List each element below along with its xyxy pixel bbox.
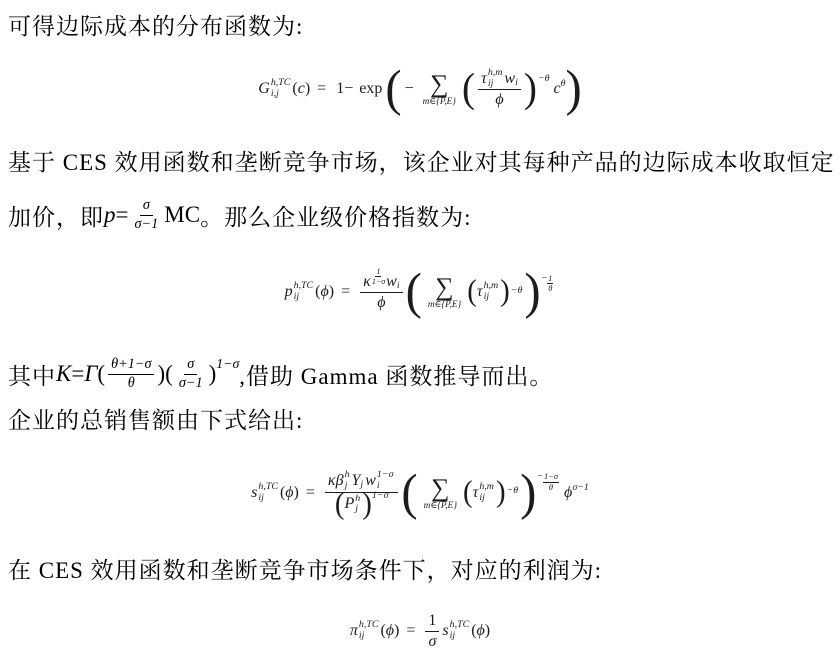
- math-var-K: K: [56, 361, 71, 387]
- math-var-w: w: [504, 69, 515, 89]
- math-exponent-one-minus-sigma: 1−σ: [372, 490, 389, 502]
- fraction-denominator: ( P h j ) 1−σ: [332, 493, 391, 516]
- paren-mid-icon: )(: [157, 361, 172, 387]
- math-sub: ij: [488, 79, 494, 90]
- paragraph-sales-intro: 企业的总销售额由下式给出:: [8, 402, 303, 435]
- math-var-s: s: [251, 484, 257, 502]
- math-sub: ij: [294, 292, 300, 303]
- paren-close-icon: ): [496, 481, 506, 505]
- paren-open-icon: (: [463, 481, 473, 505]
- paren-close-icon: ): [305, 80, 310, 98]
- paragraph-cdf-intro: 可得边际成本的分布函数为:: [8, 8, 303, 41]
- big-paren-open-icon: (: [401, 473, 417, 514]
- formula-profit: π h,TC ij ( ϕ ) = 1 σ s h,TC ij ( ϕ ): [0, 598, 840, 664]
- math-supsub-P: h j: [355, 494, 360, 516]
- minus-sign: −: [405, 80, 414, 98]
- big-paren-close-icon: ): [524, 272, 540, 313]
- math-exponent-minus-theta: −θ: [538, 74, 550, 84]
- fraction-denominator: σ−1: [131, 216, 161, 234]
- text-post: 。那么企业级价格指数为:: [200, 199, 471, 232]
- big-paren-close-icon: ): [565, 69, 581, 110]
- math-sub: ij: [359, 631, 365, 642]
- kappa-exponent-fraction: 1 1−σ: [371, 267, 386, 286]
- math-var-tau: τ: [473, 484, 479, 502]
- exponent-fraction: 1 θ: [547, 274, 553, 294]
- math-var-phi: ϕ: [377, 293, 385, 313]
- sigma-sum-icon: ∑: [435, 274, 453, 300]
- math-var-tau: τ: [477, 283, 483, 301]
- paren-close-icon: ): [294, 484, 299, 502]
- fraction-denominator: θ: [125, 375, 138, 393]
- math-one-minus: 1−: [336, 80, 353, 98]
- paren-open-icon: (: [335, 492, 345, 516]
- big-paren-open-icon: (: [385, 69, 401, 110]
- math-supsub-tau: h,m ij: [484, 281, 499, 303]
- math-supsub-beta: h j: [345, 470, 350, 492]
- math-var-kappa: κ: [363, 272, 371, 292]
- math-var-c: c: [553, 80, 560, 98]
- math-sub: i,j: [271, 89, 279, 100]
- paren-close-icon: ): [362, 492, 372, 516]
- math-sub-i: i: [515, 77, 518, 89]
- math-MC: MC: [164, 202, 200, 228]
- fraction-kappa-w-over-phi: κ 1 1−σ w i ϕ: [360, 272, 402, 313]
- paren-open-icon: (: [97, 361, 105, 387]
- math-var-P: P: [345, 494, 355, 514]
- fraction-numerator: κ 1 1−σ w i: [360, 272, 402, 293]
- formula-total-sales: s h,TC ij ( ϕ ) = κβ h j Y j w: [0, 446, 840, 540]
- math-sub: ij: [484, 292, 490, 303]
- math-var-G: G: [258, 80, 270, 98]
- math-var-Gamma: Γ: [84, 361, 97, 387]
- sum-limit: m∈{P,E}: [424, 502, 457, 511]
- paren-close-icon: ): [500, 280, 510, 304]
- paragraph-gamma-definition: 其中 K = Γ ( θ+1−σ θ )( σ σ−1 ) 1−σ ,借助 Ga…: [8, 352, 553, 396]
- math-var-phi: ϕ: [564, 484, 572, 502]
- fraction-numerator: σ: [184, 356, 197, 375]
- sigma-sum-icon: ∑: [430, 71, 448, 97]
- math-sub: ij: [450, 631, 456, 642]
- text-pre: 加价，即: [8, 199, 104, 232]
- math-exponent-sigma-minus-1: σ−1: [572, 482, 589, 493]
- paragraph-ces-markup-line2: 加价，即 p = σ σ−1 MC 。那么企业级价格指数为:: [8, 192, 471, 238]
- math-supsub-w: 1−σ i: [377, 470, 394, 492]
- fraction-denominator: θ: [547, 284, 553, 294]
- paren-close-icon: ): [394, 622, 399, 640]
- fraction-denominator: ϕ: [492, 90, 506, 110]
- paren-close-icon: ): [209, 361, 217, 387]
- fraction-denominator: ϕ: [374, 293, 388, 313]
- sigma-sum-icon: ∑: [431, 475, 449, 501]
- inline-fraction-sigma2: σ σ−1: [176, 356, 206, 393]
- sum-limit: m∈{P,E}: [428, 301, 461, 310]
- paren-open-icon: (: [462, 73, 475, 106]
- math-supsub-p: h,TC ij: [294, 281, 314, 303]
- inline-fraction-theta: θ+1−σ θ: [108, 356, 154, 393]
- math-var-pi: π: [350, 622, 358, 640]
- equals-sign: =: [341, 283, 350, 301]
- exponent-fraction: 1−σ θ: [543, 472, 559, 492]
- outer-exponent: − 1 θ: [542, 274, 554, 294]
- fraction-numerator: σ: [140, 197, 153, 216]
- math-supsub-G: h,TC i,j: [271, 78, 291, 100]
- math-var-p: p: [104, 202, 116, 228]
- paragraph-profit-intro: 在 CES 效用函数和垄断竞争市场条件下，对应的利润为:: [8, 552, 602, 585]
- fraction-denominator: σ: [425, 632, 439, 652]
- fraction-denominator: θ: [548, 483, 554, 493]
- big-paren-open-icon: (: [406, 272, 422, 313]
- math-exp-operator: exp: [359, 80, 382, 98]
- fraction-tau-w-over-phi: τ h,m ij w i ϕ: [478, 68, 521, 111]
- math-sub: j: [345, 481, 348, 492]
- fraction-numerator: θ+1−σ: [108, 356, 154, 375]
- math-sup: h,m: [488, 68, 503, 79]
- math-sub: ij: [258, 493, 264, 504]
- math-var-p: p: [285, 283, 293, 301]
- math-var-w: w: [386, 272, 397, 292]
- math-var-phi-arg: ϕ: [320, 283, 328, 301]
- fraction-denominator: σ−1: [176, 375, 206, 393]
- math-exponent-one-minus-sigma: 1−σ: [216, 356, 239, 372]
- equals-sign: =: [71, 361, 84, 387]
- math-var-tau: τ: [481, 69, 487, 89]
- math-exponent-minus-theta: −θ: [507, 486, 519, 496]
- math-supsub-s: h,TC ij: [450, 620, 470, 642]
- fraction-numerator: 1: [425, 611, 439, 632]
- math-supsub-tau: h,m ij: [488, 68, 503, 90]
- paragraph-ces-markup-line1: 基于 CES 效用函数和垄断竞争市场，该企业对其每种产品的边际成本收取恒定: [8, 144, 835, 177]
- math-sub-i: i: [397, 280, 400, 292]
- summation: ∑ m∈{P,E}: [424, 475, 457, 512]
- math-supsub-tau: h,m ij: [479, 482, 494, 504]
- formula-price-index: p h,TC ij ( ϕ ) = κ 1 1−σ w i: [0, 250, 840, 334]
- math-var-phi-arg: ϕ: [386, 622, 394, 640]
- equals-sign: =: [116, 202, 129, 228]
- math-var-phi: ϕ: [495, 90, 503, 110]
- paren-open-icon: (: [467, 280, 477, 304]
- formula-marginal-cost-distribution: G h,TC i,j ( c ) = 1− exp ( − ∑ m∈{P,E} …: [0, 48, 840, 130]
- math-exponent-minus-theta: −θ: [511, 286, 523, 296]
- math-sub: ij: [479, 493, 485, 504]
- document-page: 可得边际成本的分布函数为: G h,TC i,j ( c ) = 1− exp …: [0, 0, 840, 668]
- big-paren-close-icon: ): [520, 473, 536, 514]
- math-var-phi-arg: ϕ: [285, 484, 293, 502]
- paren-close-icon: ): [524, 73, 537, 106]
- math-var-phi-arg2: ϕ: [477, 622, 485, 640]
- sum-limit: m∈{P,E}: [423, 98, 456, 107]
- math-var-s: s: [442, 622, 448, 640]
- math-supsub-s: h,TC ij: [258, 482, 278, 504]
- fraction-sales: κβ h j Y j w 1−σ i ( P: [325, 470, 398, 516]
- equals-sign: =: [406, 622, 415, 640]
- paren-close-icon: ): [485, 622, 490, 640]
- equals-sign: =: [317, 80, 326, 98]
- text-post: ,借助 Gamma 函数推导而出。: [239, 358, 553, 391]
- math-sub: j: [355, 504, 358, 515]
- outer-exponent: − 1−σ θ: [537, 472, 559, 492]
- summation: ∑ m∈{P,E}: [423, 71, 456, 108]
- equals-sign: =: [306, 484, 315, 502]
- fraction-denominator: 1−σ: [371, 277, 386, 286]
- summation: ∑ m∈{P,E}: [428, 274, 461, 311]
- text-pre: 其中: [8, 358, 56, 391]
- fraction-numerator: 1: [375, 267, 381, 277]
- math-supsub-pi: h,TC ij: [359, 620, 379, 642]
- fraction-numerator: τ h,m ij w i: [478, 68, 521, 91]
- fraction-one-over-sigma: 1 σ: [425, 611, 439, 652]
- inline-fraction-sigma: σ σ−1: [131, 197, 161, 234]
- math-var-c-arg: c: [298, 80, 305, 98]
- paren-close-icon: ): [329, 283, 334, 301]
